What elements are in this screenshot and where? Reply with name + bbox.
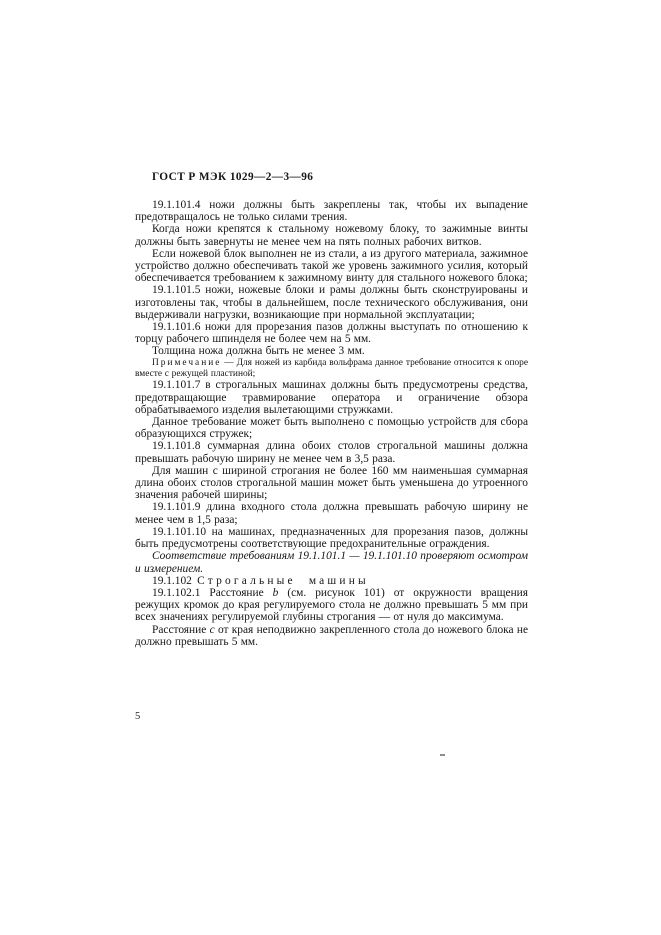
paragraph-160mm-machines: Для машин с шириной строгания не более 1…	[135, 465, 528, 502]
note-label: Примечание	[152, 358, 221, 368]
paragraph-19-1-101-5: 19.1.101.5 ножи, ножевые блоки и рамы до…	[135, 284, 528, 321]
paragraph-19-1-101-10: 19.1.101.10 на машинах, предназначенных …	[135, 526, 528, 550]
paragraph-19-1-101-8: 19.1.101.8 суммарная длина обоих столов …	[135, 440, 528, 464]
section-number: 19.1.102	[152, 575, 195, 587]
paragraph-19-1-101-6: 19.1.101.6 ножи для прорезания пазов дол…	[135, 321, 528, 345]
paragraph-19-1-101-7: 19.1.101.7 в строгальных машинах должны …	[135, 379, 528, 416]
section-heading-19-1-102: 19.1.102 Строгальные машины	[135, 575, 528, 587]
paragraph-19-1-102-1: 19.1.102.1 Расстояние b (см. рисунок 101…	[135, 587, 528, 624]
paragraph-knife-thickness: Толщина ножа должна быть не менее 3 мм.	[135, 345, 528, 357]
page-number: 5	[135, 711, 140, 723]
document-page: ГОСТ Р МЭК 1029—2—3—96 19.1.101.4 ножи д…	[0, 0, 661, 935]
paragraph-distance-c: Расстояние c от края неподвижно закрепле…	[135, 624, 528, 648]
paragraph-text-before-var: Расстояние	[152, 624, 210, 636]
section-title: Строгальные машины	[197, 575, 369, 587]
gost-standard-header: ГОСТ Р МЭК 1029—2—3—96	[152, 171, 528, 183]
paragraph-text-before-var: 19.1.102.1 Расстояние	[152, 587, 273, 599]
paragraph-19-1-101-4: 19.1.101.4 ножи должны быть закреплены т…	[135, 199, 528, 223]
note-paragraph: Примечание — Для ножей из карбида вольфр…	[135, 358, 528, 380]
paragraph-knife-clamping: Когда ножи крепятся к стальному ножевому…	[135, 223, 528, 247]
paragraph-chip-collection: Данное требование может быть выполнено с…	[135, 416, 528, 440]
document-content: ГОСТ Р МЭК 1029—2—3—96 19.1.101.4 ножи д…	[135, 171, 528, 648]
compliance-check-paragraph: Соответствие требованиям 19.1.101.1 — 19…	[135, 550, 528, 574]
paragraph-non-steel-block: Если ножевой блок выполнен не из стали, …	[135, 248, 528, 285]
scan-artifact-speck	[440, 754, 445, 756]
paragraph-19-1-101-9: 19.1.101.9 длина входного стола должна п…	[135, 501, 528, 525]
